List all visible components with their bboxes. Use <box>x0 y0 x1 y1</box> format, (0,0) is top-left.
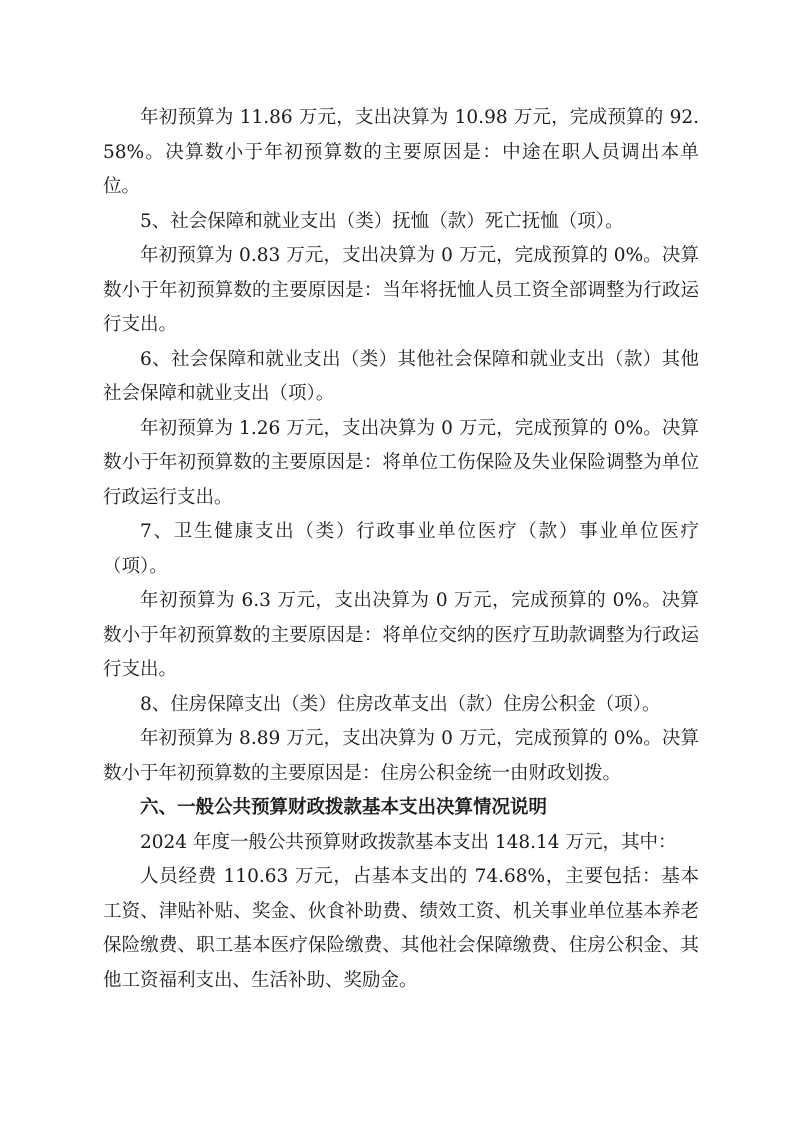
section-6-heading: 六、一般公共预算财政拨款基本支出决算情况说明 <box>103 791 699 826</box>
item-7-title: 7、卫生健康支出（类）行政事业单位医疗（款）事业单位医疗（项）。 <box>103 515 699 584</box>
budget-paragraph-item5: 年初预算为 0.83 万元，支出决算为 0 万元，完成预算的 0%。决算数小于年… <box>103 239 699 343</box>
item-6-title: 6、社会保障和就业支出（类）其他社会保障和就业支出（款）其他社会保障和就业支出（… <box>103 343 699 412</box>
item-8-title: 8、住房保障支出（类）住房改革支出（款）住房公积金（项）。 <box>103 688 699 723</box>
budget-paragraph-item8: 年初预算为 8.89 万元，支出决算为 0 万元，完成预算的 0%。决算数小于年… <box>103 722 699 791</box>
personnel-expenses-paragraph: 人员经费 110.63 万元，占基本支出的 74.68%，主要包括：基本工资、津… <box>103 860 699 998</box>
basic-expenditure-summary: 2024 年度一般公共预算财政拨款基本支出 148.14 万元，其中： <box>103 826 699 861</box>
budget-paragraph-item4: 年初预算为 11.86 万元，支出决算为 10.98 万元，完成预算的 92.5… <box>103 101 699 205</box>
item-5-title: 5、社会保障和就业支出（类）抚恤（款）死亡抚恤（项）。 <box>103 205 699 240</box>
budget-paragraph-item7: 年初预算为 6.3 万元，支出决算为 0 万元，完成预算的 0%。决算数小于年初… <box>103 584 699 688</box>
budget-paragraph-item6: 年初预算为 1.26 万元，支出决算为 0 万元，完成预算的 0%。决算数小于年… <box>103 412 699 516</box>
document-page: 年初预算为 11.86 万元，支出决算为 10.98 万元，完成预算的 92.5… <box>103 101 699 998</box>
